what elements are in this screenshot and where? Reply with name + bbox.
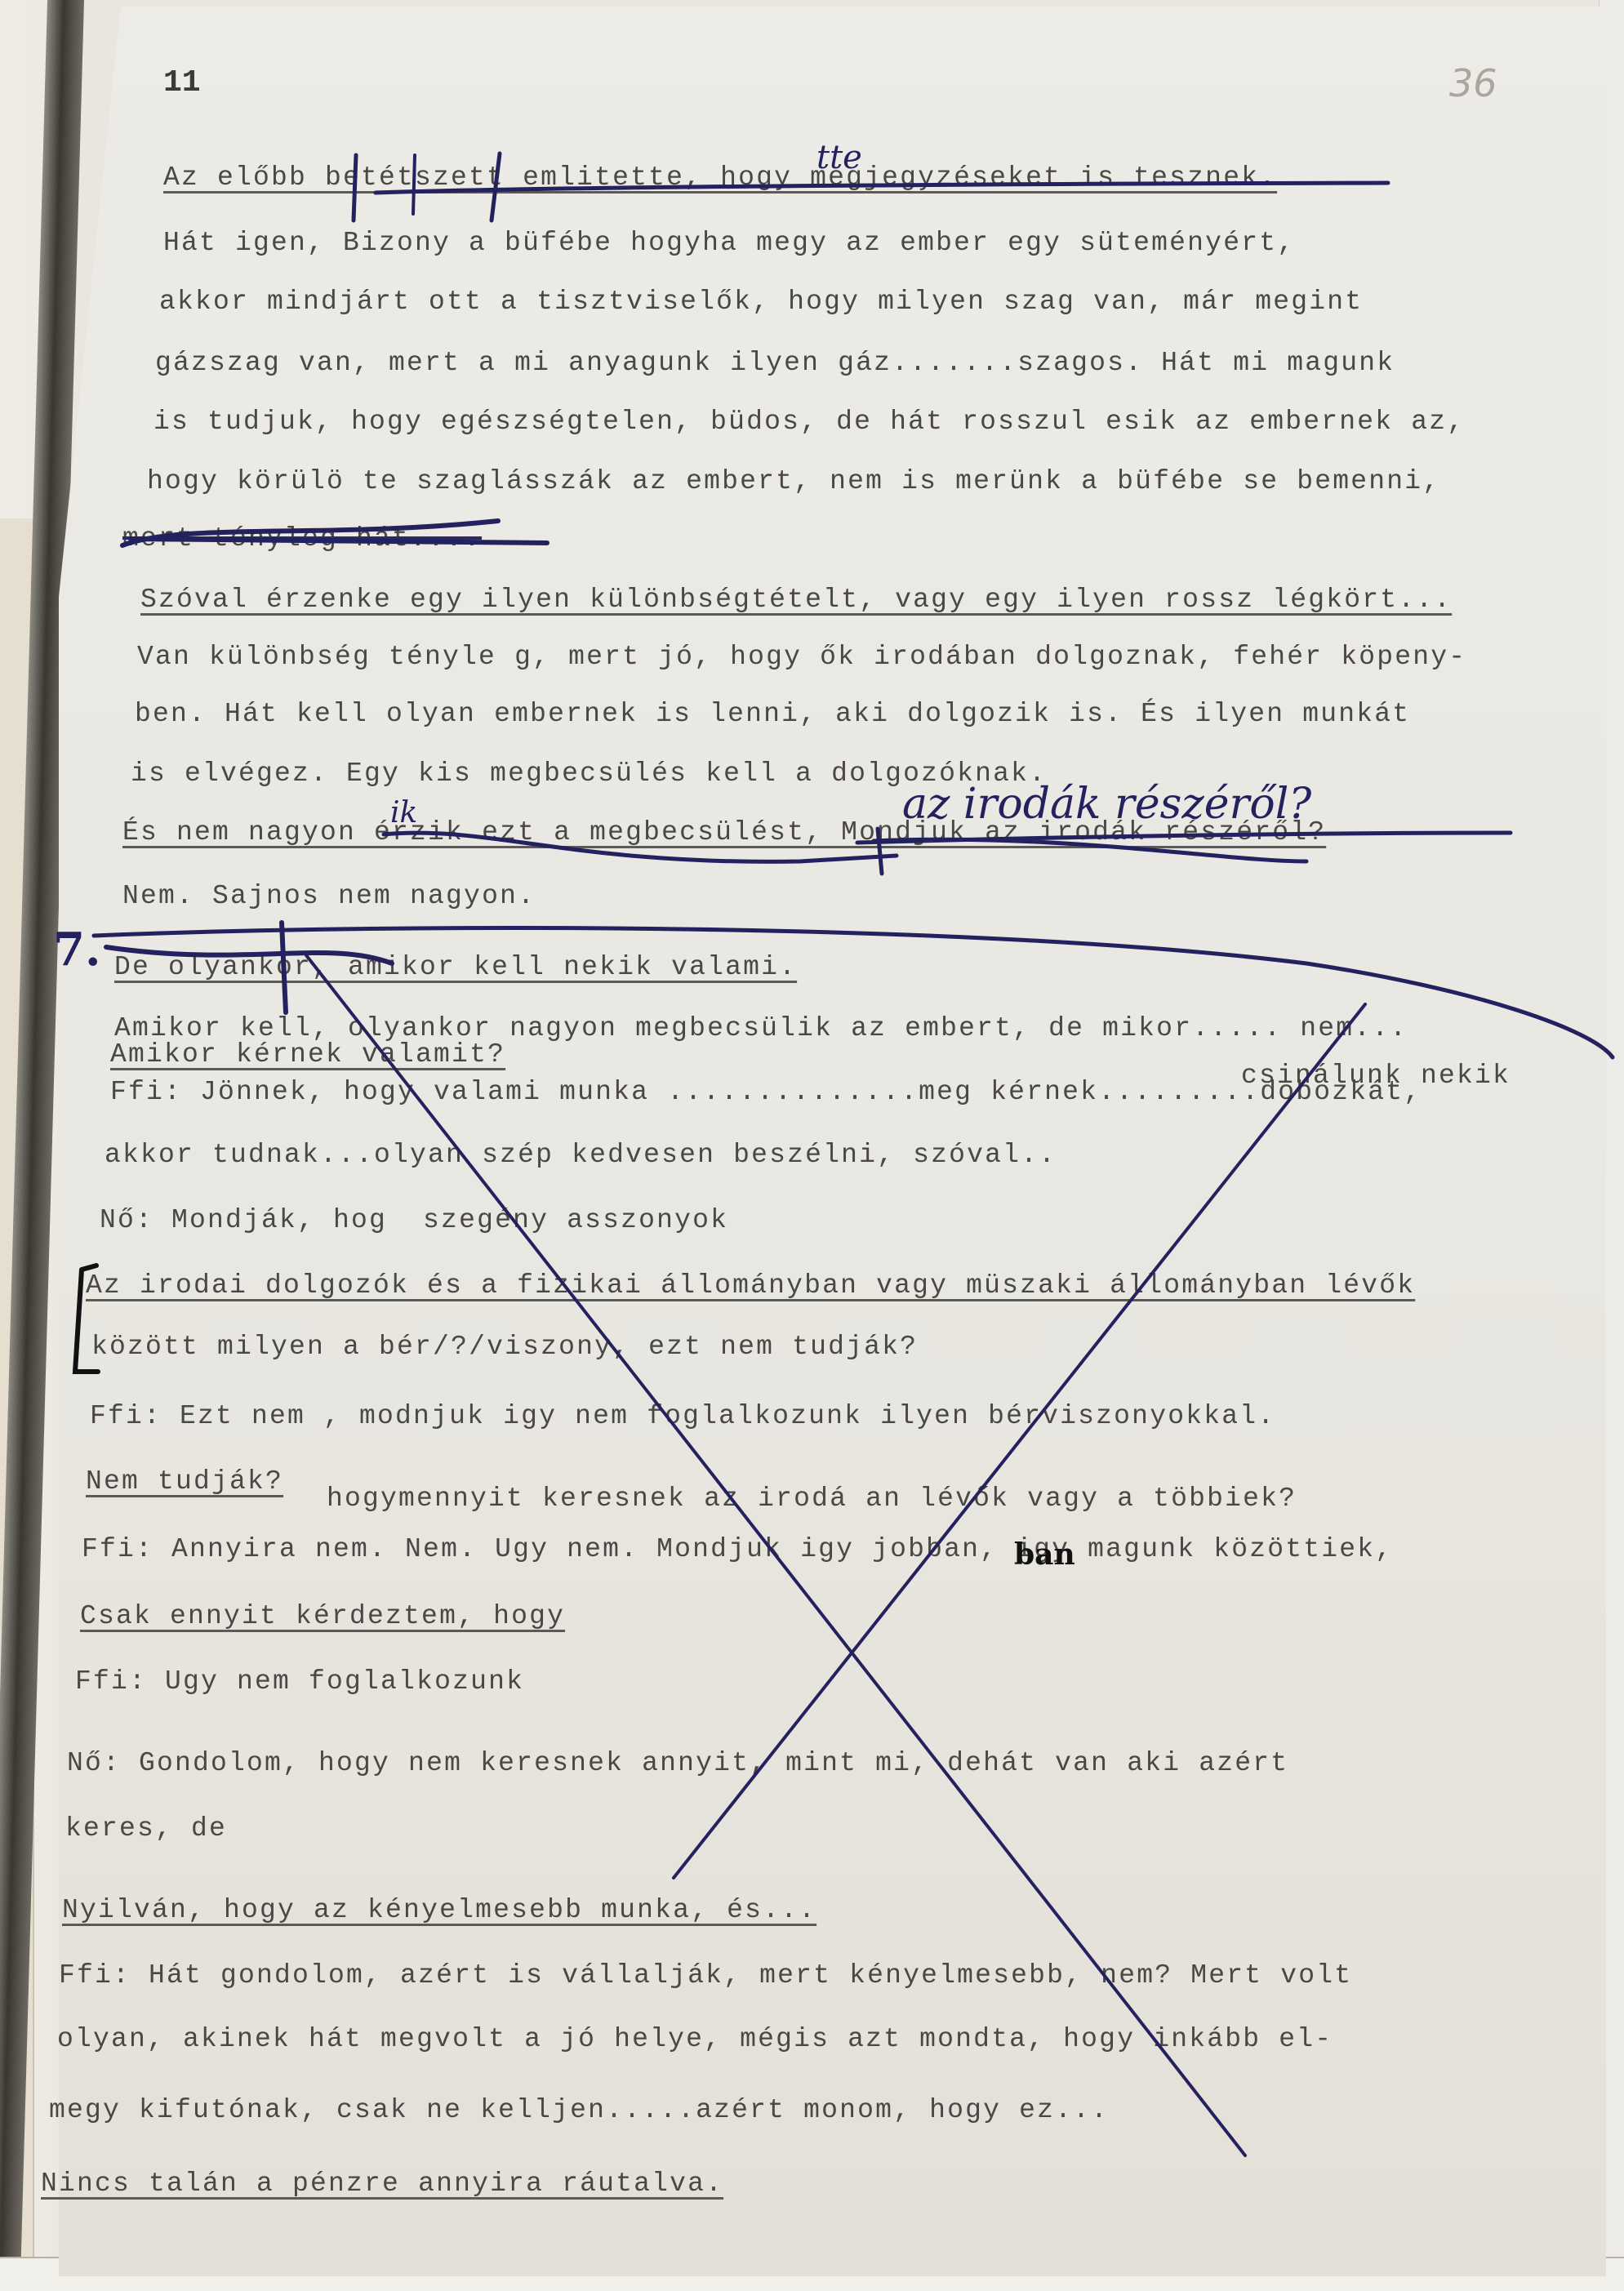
transcript-line: Ffi: Ugy nem foglalkozunk [75, 1666, 524, 1698]
transcript-line: Nem. Sajnos nem nagyon. [122, 880, 536, 913]
transcript-line: Nő: Gondolom, hogy nem keresnek annyit, … [67, 1747, 1288, 1780]
transcript-line: Ffi: Jönnek, hogy valami munka .........… [110, 1076, 1422, 1109]
transcript-line: hogy körülö te szaglásszák az embert, ne… [147, 465, 1440, 498]
transcript-line: között milyen a bér/?/viszony, ezt nem t… [91, 1331, 918, 1363]
transcript-line: gázszag van, mert a mi anyagunk ilyen gá… [155, 347, 1395, 380]
underlined-question: Nem tudják? [86, 1466, 283, 1497]
transcript-line: ben. Hát kell olyan embernek is lenni, a… [135, 698, 1410, 731]
typed-correction: ban [1014, 1537, 1075, 1572]
interviewer-question-line: Amikor kérnek valamit? [110, 1039, 505, 1071]
handwritten-insert: ik [390, 796, 417, 830]
transcript-line: megy kifutónak, csak ne kelljen.....azér… [49, 2094, 1109, 2127]
underlined-question: Az irodai dolgozók és a fizikai állomány… [86, 1270, 1415, 1301]
interviewer-question-line: Az előbb betétszett emlitette, hogy megj… [163, 162, 1277, 194]
handwritten-annotation: az irodák részéről? [902, 780, 1311, 829]
interviewer-question-line: Az irodai dolgozók és a fizikai állomány… [86, 1270, 1415, 1302]
transcript-line: Nő: Mondják, hog szegény asszonyok [100, 1204, 728, 1237]
underlined-question: Nincs talán a pénzre annyira ráutalva. [41, 2169, 723, 2199]
transcript-line: akkor tudnak...olyan szép kedvesen beszé… [105, 1139, 1057, 1172]
handwritten-insert: tte [816, 139, 862, 176]
underlined-question: Szóval érzenke egy ilyen különbségtételt… [140, 585, 1452, 615]
underlined-question: Nyilván, hogy az kényelmesebb munka, és.… [62, 1895, 816, 1925]
underlined-question: Csak ennyit kérdeztem, hogy [80, 1601, 565, 1631]
interviewer-question-line: Szóval érzenke egy ilyen különbségtételt… [140, 584, 1452, 616]
underlined-question: Amikor kérnek valamit? [110, 1039, 505, 1070]
transcript-line: hogymennyit keresnek az irodá an lévők v… [327, 1483, 1297, 1515]
interviewer-question-line: Nincs talán a pénzre annyira ráutalva. [41, 2168, 723, 2200]
transcript-line: keres, de [65, 1813, 227, 1845]
underlined-question: De olyankor, amikor kell nekik valami. [114, 952, 797, 982]
transcript-line: is tudjuk, hogy egészségtelen, büdos, de… [154, 406, 1465, 438]
transcript-line: csinálunk nekik [1241, 1060, 1511, 1092]
underlined-question: Az előbb betétszett emlitette, hogy megj… [163, 162, 1277, 193]
transcript-line: Ffi: Annyira nem. Nem. Ugy nem. Mondjuk … [82, 1533, 1393, 1566]
transcript-line: Ffi: Hát gondolom, azért is vállalják, m… [59, 1960, 1352, 1992]
transcript-line: mert tényleg hát.... [122, 523, 482, 555]
interviewer-question-line: Nem tudják? [86, 1466, 283, 1498]
transcript-line: Ffi: Ezt nem , modnjuk igy nem foglalkoz… [90, 1400, 1275, 1433]
interviewer-question-line: De olyankor, amikor kell nekik valami. [114, 951, 797, 984]
interviewer-question-line: Csak ennyit kérdeztem, hogy [80, 1600, 565, 1633]
page-number: 11 [163, 65, 201, 100]
transcript-line: olyan, akinek hát megvolt a jó helye, mé… [57, 2023, 1333, 2056]
transcript-line: akkor mindjárt ott a tisztviselők, hogy … [159, 286, 1363, 318]
folio-number: 36 [1449, 61, 1497, 105]
transcript-line: Hát igen, Bizony a büfébe hogyha megy az… [163, 227, 1295, 260]
section-marker: 7. [53, 923, 100, 976]
interviewer-question-line: Nyilván, hogy az kényelmesebb munka, és.… [62, 1894, 816, 1927]
transcript-line: Van különbség tényle g, mert jó, hogy ők… [137, 641, 1466, 674]
